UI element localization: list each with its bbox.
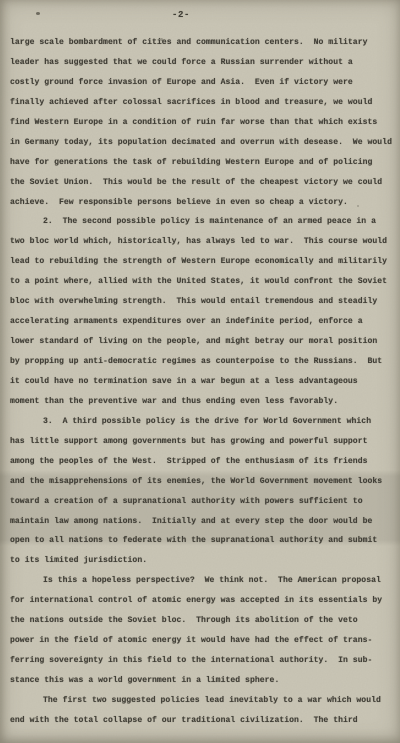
- text-line: to a point where, allied with the United…: [10, 272, 396, 292]
- document-body: large scale bombardment of cities and co…: [10, 33, 396, 731]
- text-line: stance this was a world government in a …: [10, 671, 396, 691]
- text-line: the nations outside the Soviet bloc. Thr…: [10, 611, 396, 631]
- text-line: accelerating armaments expenditures over…: [10, 312, 396, 332]
- text-line: 2. The second possible policy is mainten…: [10, 212, 396, 232]
- text-line: to its limited jurisdiction.: [10, 551, 396, 571]
- text-line: open to all nations to federate with the…: [10, 531, 396, 551]
- text-line: ferring sovereignty in this field to the…: [10, 651, 396, 671]
- text-line: in Germany today, its population decimat…: [10, 133, 396, 153]
- text-line: toward a creation of a supranational aut…: [10, 492, 396, 512]
- text-line: leader has suggested that we could force…: [10, 53, 396, 73]
- text-line: it could have no termination save in a w…: [10, 372, 396, 392]
- text-line: the Soviet Union. This would be the resu…: [10, 173, 396, 193]
- text-line: The first two suggested policies lead in…: [10, 691, 396, 711]
- text-line: costly ground force invasion of Europe a…: [10, 73, 396, 93]
- text-line: two bloc world which, historically, has …: [10, 232, 396, 252]
- text-line: moment than the preventive war and thus …: [10, 392, 396, 412]
- text-line: lower standard of living on the people, …: [10, 332, 396, 352]
- text-line: for international control of atomic ener…: [10, 591, 396, 611]
- text-line: Is this a hopeless perspective? We think…: [10, 571, 396, 591]
- text-line: maintain law among nations. Initially an…: [10, 512, 396, 532]
- text-line: bloc with overwhelming strength. This wo…: [10, 292, 396, 312]
- text-line: find Western Europe in a condition of ru…: [10, 113, 396, 133]
- text-line: end with the total collapse of our tradi…: [10, 711, 396, 731]
- text-line: and the misapprehensions of its enemies,…: [10, 472, 396, 492]
- text-line: has little support among governments but…: [10, 432, 396, 452]
- text-line: have for generations the task of rebuild…: [10, 153, 396, 173]
- text-line: large scale bombardment of cities and co…: [10, 33, 396, 53]
- text-line: achieve. Few responsible persons believe…: [10, 193, 396, 213]
- text-line: 3. A third possible policy is the drive …: [10, 412, 396, 432]
- text-line: lead to rebuilding the strength of Weste…: [10, 252, 396, 272]
- text-line: by propping up anti-democratic regimes a…: [10, 352, 396, 372]
- text-line: among the peoples of the West. Stripped …: [10, 452, 396, 472]
- text-line: power in the field of atomic energy it w…: [10, 631, 396, 651]
- text-line: finally achieved after colossal sacrific…: [10, 93, 396, 113]
- document-page: -2- large scale bombardment of cities an…: [0, 0, 400, 743]
- page-number: -2-: [0, 10, 362, 20]
